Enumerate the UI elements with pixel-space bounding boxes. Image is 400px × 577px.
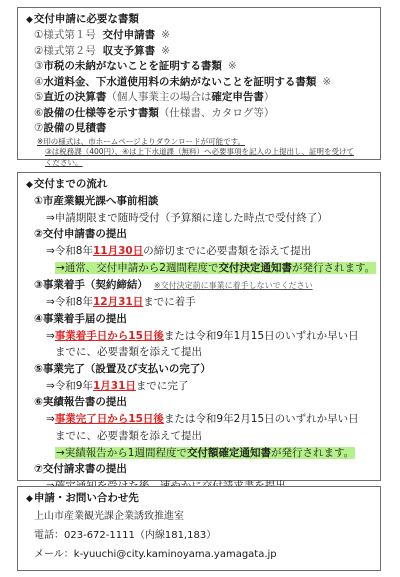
document-item: ⑥設備の仕様等を示す書類（仕様書、カタログ等）: [26, 106, 372, 122]
step-title: ⑥実績報告書の提出: [26, 394, 372, 411]
document-note: （仕様書、カタログ等）: [159, 107, 275, 119]
item-number: ④: [34, 76, 43, 88]
deadline-date: 事業完了日から15日後: [55, 413, 164, 425]
detail-text: の締切までに必要書類を添えて提出: [143, 245, 311, 257]
document-name-alt: 確定申告書: [211, 91, 264, 103]
step-detail: ⇒令和9年1月31日までに完了: [26, 378, 372, 395]
step-title-row: ③事業着手（契約締結）※交付決定前に事業に着手しないでください: [26, 277, 372, 295]
document-name: 市税の未納がないことを証明する書類: [43, 60, 222, 72]
section-heading: ◆交付申請に必要な書類: [26, 12, 372, 28]
download-mark: ※: [161, 29, 170, 41]
item-number: ⑦: [34, 122, 43, 134]
diamond-bullet-icon: ◆: [26, 494, 33, 504]
document-note-end: ）: [264, 91, 275, 103]
step-detail-cont: までに、必要書類を添えて提出: [26, 344, 372, 361]
detail-text: までに完了: [136, 380, 189, 392]
item-number: ⑥: [34, 107, 43, 119]
step-title: ⑦交付請求書の提出: [26, 461, 372, 478]
heading-text: 交付申請に必要な書類: [34, 13, 139, 25]
step-detail: ⇒令和8年11月30日の締切までに必要書類を添えて提出: [26, 243, 372, 260]
document-item: ⑦設備の見積書: [26, 121, 372, 137]
footnote: ください。: [26, 158, 372, 169]
detail-text: までに着手: [143, 296, 196, 308]
step-detail: ⇒事業完了日から15日後または令和9年2月15日のいずれか早い日: [26, 411, 372, 428]
document-name: 水道料金、下水道使用料の未納がないことを証明する書類: [43, 76, 316, 88]
download-mark: ※: [322, 76, 331, 88]
step-detail-cont: までに、必要書類を添えて提出: [26, 428, 372, 445]
section-heading: ◆申請・お問い合わせ先: [26, 491, 372, 507]
document-name: 交付申請書: [103, 29, 156, 41]
document-name: 設備の見積書: [43, 122, 106, 134]
contact-email[interactable]: メール：k-yuuchi@city.kaminoyama.yamagata.jp: [26, 545, 372, 564]
document-name: 直近の決算書: [43, 91, 106, 103]
detail-text: または令和9年2月15日のいずれか早い日: [164, 413, 359, 425]
diamond-bullet-icon: ◆: [26, 180, 33, 190]
step-title: ⑤事業完了（設置及び支払いの完了）: [26, 361, 372, 378]
detail-text: ⇒令和8年: [46, 245, 93, 257]
result-text: が発行されます。: [292, 262, 375, 274]
contact-office: 上山市産業観光課企業誘致推進室: [26, 507, 372, 526]
download-mark: ※: [161, 45, 170, 57]
highlight: →通常、交付申請から2週間程度で交付決定通知書が発行されます。: [55, 262, 376, 274]
diamond-bullet-icon: ◆: [26, 15, 33, 25]
deadline-date: 11月30日: [93, 245, 143, 257]
detail-text: ⇒: [46, 413, 55, 425]
deadline-date: 事業着手日から15日後: [55, 330, 164, 342]
document-item: ⑤直近の決算書（個人事業主の場合は確定申告書）: [26, 90, 372, 106]
step-detail: ⇒事業着手日から15日後または令和9年1月15日のいずれか早い日: [26, 328, 372, 345]
footnote: ※印の様式は、市ホームページよりダウンロードが可能です。: [26, 137, 372, 148]
step-detail: ⇒令和8年12月31日までに着手: [26, 294, 372, 311]
form-number: 様式第１号: [43, 29, 96, 41]
item-number: ①: [34, 29, 43, 41]
result-text: →通常、交付申請から2週間程度で: [56, 262, 218, 274]
step-title: ④事業着手届の提出: [26, 311, 372, 328]
step-result: →実績報告から1週間程度で交付額確定通知書が発行されます。: [26, 445, 372, 462]
detail-text: または令和9年1月15日のいずれか早い日: [164, 330, 359, 342]
highlight: →実績報告から1週間程度で交付額確定通知書が発行されます。: [55, 447, 355, 459]
document-item: ④水道料金、下水道使用料の未納がないことを証明する書類※: [26, 75, 372, 91]
warning-note: ※交付決定前に事業に着手しないでください: [154, 281, 313, 290]
item-number: ②: [34, 45, 43, 57]
step-result: →通常、交付申請から2週間程度で交付決定通知書が発行されます。: [26, 260, 372, 277]
step-title: ②交付申請書の提出: [26, 226, 372, 243]
result-text: が発行されます。: [271, 447, 354, 459]
detail-text: ⇒令和9年: [46, 380, 93, 392]
section-heading: ◆交付までの流れ: [26, 177, 372, 193]
contact-phone: 電話：023-672-1111（内線181,183）: [26, 526, 372, 545]
deadline-date: 1月31日: [93, 380, 136, 392]
result-text: →実績報告から1週間程度で: [56, 447, 187, 459]
step-title: ③事業着手（契約締結）: [34, 279, 148, 291]
document-item: ①様式第１号 交付申請書※: [26, 28, 372, 44]
heading-text: 申請・お問い合わせ先: [34, 492, 139, 504]
item-number: ③: [34, 60, 43, 72]
contact-box: ◆申請・お問い合わせ先 上山市産業観光課企業誘致推進室 電話：023-672-1…: [17, 486, 381, 571]
deadline-date: 12月31日: [93, 296, 143, 308]
heading-text: 交付までの流れ: [34, 178, 108, 190]
document-name: 収支予算書: [103, 45, 156, 57]
item-number: ⑤: [34, 91, 43, 103]
notice-name: 交付額確定通知書: [187, 447, 271, 459]
application-flow-box: ◆交付までの流れ ①市産業観光課へ事前相談 ⇒申請期限まで随時受付（予算額に達し…: [17, 172, 381, 481]
document-item: ③市税の未納がないことを証明する書類※: [26, 59, 372, 75]
download-mark: ※: [228, 60, 237, 72]
step-title: ①市産業観光課へ事前相談: [26, 193, 372, 210]
required-documents-box: ◆交付申請に必要な書類 ①様式第１号 交付申請書※ ②様式第２号 収支予算書※ …: [17, 7, 381, 160]
document-name: 設備の仕様等を示す書類: [43, 107, 159, 119]
step-detail: ⇒申請期限まで随時受付（予算額に達した時点で受付終了）: [26, 210, 372, 227]
notice-name: 交付決定通知書: [218, 262, 292, 274]
detail-text: ⇒令和8年: [46, 296, 93, 308]
form-number: 様式第２号: [43, 45, 96, 57]
document-item: ②様式第２号 収支予算書※: [26, 44, 372, 60]
detail-text: ⇒: [46, 330, 55, 342]
document-note: （個人事業主の場合は: [106, 91, 211, 103]
footnote: ③は税務課（400円）、④は上下水道課（無料）へ必要事項を記入の上提出し、証明を…: [26, 147, 372, 158]
